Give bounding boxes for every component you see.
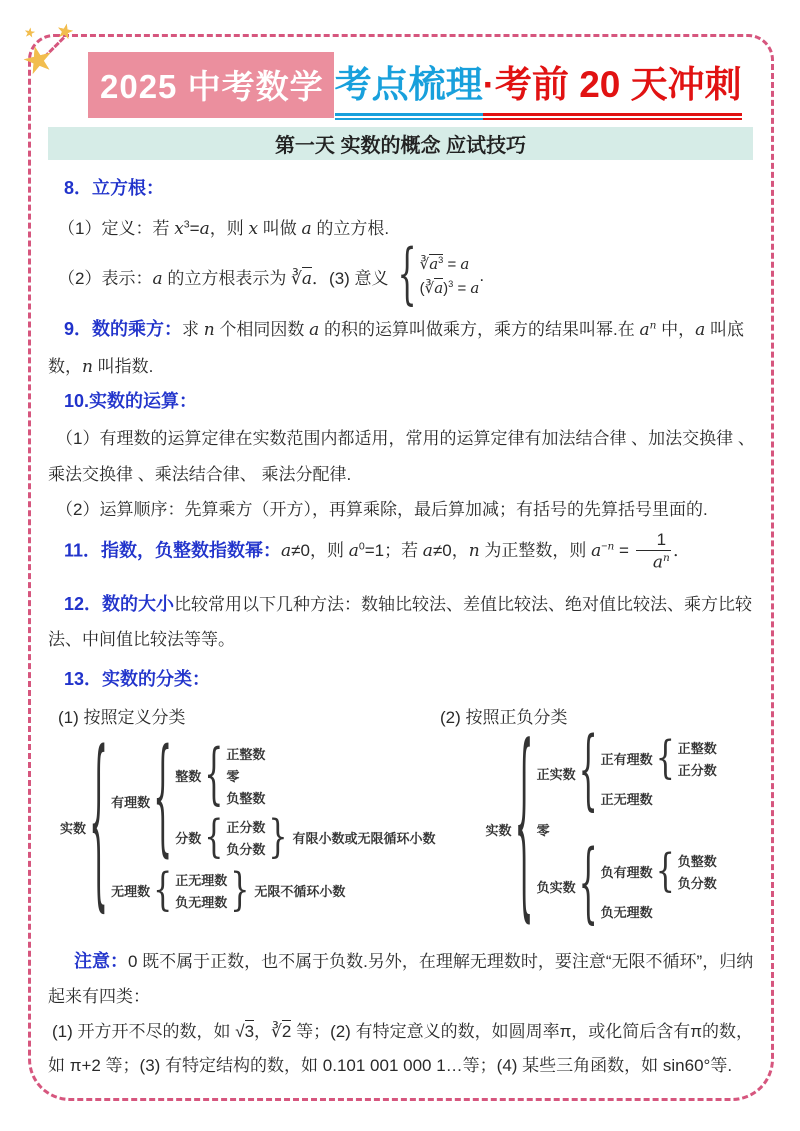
d2-zero: 零 [537,820,717,839]
d2-root: 实数 [485,820,511,839]
section-11-heading: 11．指数，负整数指数幂： [64,540,281,560]
d2-pos-integer: 正整数 [678,738,717,757]
section-10-order: （2）运算顺序：先算乘方（开方），再算乘除，最后算加减；有括号的先算括号里面的. [48,495,758,520]
d2-neg-rational: 负有理数 [601,862,653,881]
diagram-by-definition: 实数 { 有理数 { 整数 { 正整数 零 [60,744,435,911]
title-highlight-box: 2025 中考数学 [88,52,334,118]
subtitle-text: 第一天 实数的概念 应试技巧 [275,129,526,158]
d2-pos-irrational: 正无理数 [601,789,717,808]
section-10-laws: （1）有理数的运算定律在实数范围内都适用，常用的运算定律有加法结合律 、加法交换… [48,421,758,492]
note-body: 0 既不属于正数，也不属于负数.另外，在理解无理数时，要注意“无限不循环”，归纳… [48,952,753,1006]
d1-neg-integer: 负整数 [226,788,265,807]
d2-neg-integer: 负整数 [678,851,717,870]
classification-diagrams: 实数 { 有理数 { 整数 { 正整数 零 [48,744,758,921]
star-icon: ★ [54,20,76,43]
brace: { [579,730,598,817]
d1-fraction: 分数 [175,828,201,847]
d1-fraction-note: 有限小数或无限循环小数 [292,828,435,847]
brace: { [579,843,598,930]
sentence-period: . [479,266,484,286]
section-9-paragraph: 9．数的乘方：求 n 个相同因数 a 的积的运算叫做乘方，乘方的结果叫幂.在 a… [48,311,758,385]
document-body: 8．立方根： （1）定义：若 x3=a，则 x 叫做 a 的立方根. （2）表示… [48,174,758,1083]
brace: { [514,728,533,932]
equation-1: ∛a3 = a [420,254,480,275]
d1-pos-integer: 正整数 [226,744,265,763]
meaning-equations: ∛a3 = a (∛a)3 = a [420,254,480,298]
d2-pos-real: 正实数 [537,764,576,783]
d1-pos-irrational: 正无理数 [175,870,227,889]
d1-zero: 零 [226,766,265,785]
brace: { [204,815,223,860]
d1-integer: 整数 [175,766,201,785]
d2-neg-irrational: 负无理数 [601,902,717,921]
title-red-part: ·考前 20 天冲刺 [483,54,742,116]
d2-neg-real: 负实数 [537,877,576,896]
d2-pos-rational: 正有理数 [601,749,653,768]
brace: { [153,738,172,864]
d1-rational: 有理数 [111,792,150,811]
d1-pos-fraction: 正分数 [226,817,265,836]
section-12-paragraph: 12．数的大小比较常用以下几种方法：数轴比较法、差值比较法、绝对值比较法、乘方比… [48,586,758,658]
d1-neg-fraction: 负分数 [226,839,265,858]
d1-root: 实数 [60,818,86,837]
d2-pos-fraction: 正分数 [678,760,717,779]
d1-neg-irrational: 负无理数 [175,892,227,911]
brace: } [268,815,287,860]
section-8-definition: （1）定义：若 x3=a，则 x 叫做 a 的立方根. [58,214,758,239]
section-10-heading: 10.实数的运算： [64,387,758,413]
page-title: 2025 中考数学 考点梳理 ·考前 20 天冲刺 [88,52,760,118]
subtitle-bar: 第一天 实数的概念 应试技巧 [48,127,753,160]
section-9-heading: 9．数的乘方： [64,319,182,339]
equation-2: (∛a)3 = a [420,278,480,299]
brace: } [230,868,249,913]
star-icon: ★ [18,39,58,82]
brace: { [204,743,223,809]
section-12-heading: 12．数的大小 [64,594,174,614]
diagram-by-sign: 实数 { 正实数 { 正有理数 { 正整数 正分数 [485,738,716,921]
section-11-body: a≠0，则 a0=1；若 a≠0，n 为正整数，则 a−n = 1an． [281,541,690,560]
note-items: (1) 开方开不尽的数，如 √3，∛2 等；(2) 有特定意义的数，如圆周率π，… [48,1015,758,1083]
brace: { [153,868,172,913]
section-13-heading: 13．实数的分类： [64,665,758,691]
d1-irrational-note: 无限不循环小数 [254,881,345,900]
left-brace: { [398,243,417,309]
classification-label-sign: (2) 按照正负分类 [440,703,568,728]
brace: { [89,735,108,921]
cube-root-representation-text: （2）表示：a 的立方根表示为 ∛a．(3) 意义 [58,264,389,289]
star-icon: ★ [23,25,36,39]
d2-neg-fraction: 负分数 [678,873,717,892]
title-blue-part: 考点梳理 [335,54,483,116]
section-8-heading: 8．立方根： [64,174,758,200]
section-8-representation: （2）表示：a 的立方根表示为 ∛a．(3) 意义 { ∛a3 = a (∛a)… [58,247,758,305]
d1-irrational: 无理数 [111,881,150,900]
meaning-brace-group: { ∛a3 = a (∛a)3 = a [395,254,480,298]
brace: { [656,736,675,781]
note-paragraph: 注意：0 既不属于正数，也不属于负数.另外，在理解无理数时，要注意“无限不循环”… [48,943,758,1015]
section-11-paragraph: 11．指数，负整数指数幂：a≠0，则 a0=1；若 a≠0，n 为正整数，则 a… [48,530,758,574]
note-heading: 注意： [74,951,128,971]
brace: { [656,849,675,894]
